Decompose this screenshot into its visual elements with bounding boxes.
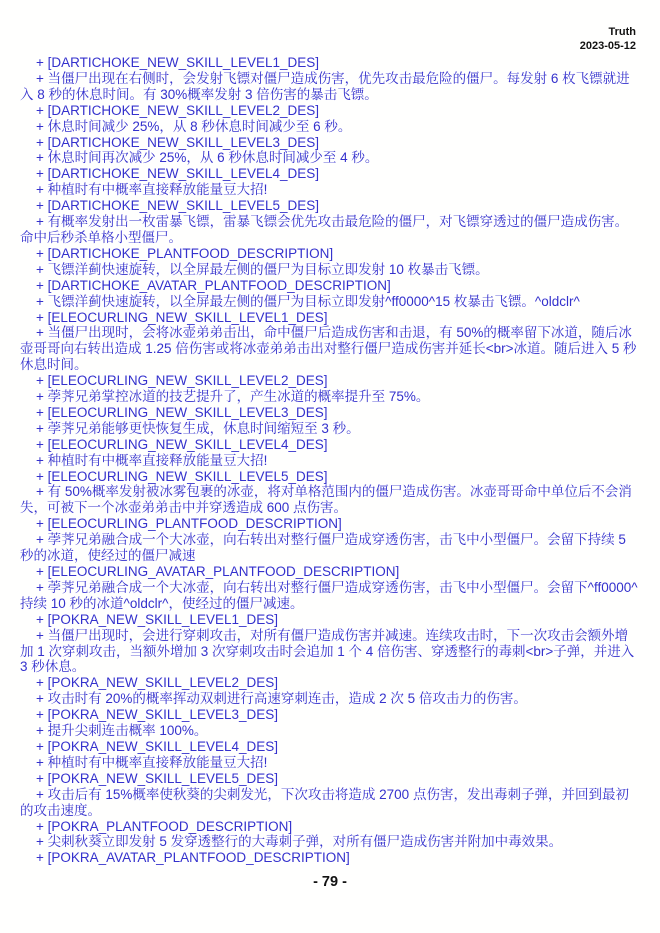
text-line: + 荸荠兄弟掌控冰道的技艺提升了，产生冰道的概率提升至 75%。	[20, 389, 641, 405]
text-line: + [DARTICHOKE_NEW_SKILL_LEVEL2_DES]	[20, 103, 641, 119]
text-line: + [POKRA_PLANTFOOD_DESCRIPTION]	[20, 819, 641, 835]
text-line: + 飞镖洋蓟快速旋转，以全屏最左侧的僵尸为目标立即发射 10 枚暴击飞镖。	[20, 262, 641, 278]
text-line: + [DARTICHOKE_NEW_SKILL_LEVEL1_DES]	[20, 55, 641, 71]
text-line: + 荸荠兄弟能够更快恢复生成，休息时间缩短至 3 秒。	[20, 421, 641, 437]
text-line: + [ELEOCURLING_NEW_SKILL_LEVEL5_DES]	[20, 469, 641, 485]
document-page: Truth 2023-05-12 + [DARTICHOKE_NEW_SKILL…	[0, 0, 660, 933]
text-line: + 休息时间减少 25%，从 8 秒休息时间减少至 6 秒。	[20, 119, 641, 135]
text-line: + 荸荠兄弟融合成一个大冰壶，向右转出对整行僵尸造成穿透伤害，击飞中小型僵尸。会…	[20, 532, 641, 564]
page-number: - 79 -	[313, 874, 347, 890]
text-line: + [POKRA_NEW_SKILL_LEVEL3_DES]	[20, 707, 641, 723]
text-line: + 荸荠兄弟融合成一个大冰壶，向右转出对整行僵尸造成穿透伤害，击飞中小型僵尸。会…	[20, 580, 641, 612]
text-line: + [ELEOCURLING_NEW_SKILL_LEVEL2_DES]	[20, 373, 641, 389]
page-header: Truth 2023-05-12	[580, 25, 636, 53]
text-line: + 种植时有中概率直接释放能量豆大招!	[20, 755, 641, 771]
text-line: + 飞镖洋蓟快速旋转，以全屏最左侧的僵尸为目标立即发射^ff0000^15 枚暴…	[20, 294, 641, 310]
text-line: + 攻击后有 15%概率使秋葵的尖刺发光，下次攻击将造成 2700 点伤害，发出…	[20, 787, 641, 819]
page-footer: - 79 -	[0, 874, 660, 890]
text-line: + 种植时有中概率直接释放能量豆大招!	[20, 453, 641, 469]
text-line: + [DARTICHOKE_PLANTFOOD_DESCRIPTION]	[20, 246, 641, 262]
text-line: + 有概率发射出一枚雷暴飞镖，雷暴飞镖会优先攻击最危险的僵尸，对飞镖穿透过的僵尸…	[20, 214, 641, 246]
text-line: + [POKRA_NEW_SKILL_LEVEL1_DES]	[20, 612, 641, 628]
text-line: + 当僵尸出现在右侧时，会发射飞镖对僵尸造成伤害，优先攻击最危险的僵尸。每发射 …	[20, 71, 641, 103]
text-line: + [ELEOCURLING_NEW_SKILL_LEVEL3_DES]	[20, 405, 641, 421]
text-line: + 种植时有中概率直接释放能量豆大招!	[20, 182, 641, 198]
text-line: + [DARTICHOKE_NEW_SKILL_LEVEL3_DES]	[20, 135, 641, 151]
text-line: + [DARTICHOKE_NEW_SKILL_LEVEL4_DES]	[20, 166, 641, 182]
header-date: 2023-05-12	[580, 39, 636, 53]
text-line: + [POKRA_AVATAR_PLANTFOOD_DESCRIPTION]	[20, 850, 641, 866]
text-line: + [ELEOCURLING_AVATAR_PLANTFOOD_DESCRIPT…	[20, 564, 641, 580]
text-line: + [DARTICHOKE_AVATAR_PLANTFOOD_DESCRIPTI…	[20, 278, 641, 294]
text-line: + [DARTICHOKE_NEW_SKILL_LEVEL5_DES]	[20, 198, 641, 214]
header-title: Truth	[580, 25, 636, 39]
text-line: + 有 50%概率发射被冰雾包裹的冰壶，将对单格范围内的僵尸造成伤害。冰壶哥哥命…	[20, 484, 641, 516]
text-line: + [POKRA_NEW_SKILL_LEVEL4_DES]	[20, 739, 641, 755]
document-body: + [DARTICHOKE_NEW_SKILL_LEVEL1_DES] + 当僵…	[20, 55, 641, 866]
text-line: + 尖刺秋葵立即发射 5 发穿透整行的大毒刺子弹，对所有僵尸造成伤害并附加中毒效…	[20, 834, 641, 850]
text-line: + 提升尖刺连击概率 100%。	[20, 723, 641, 739]
text-line: + 当僵尸出现时，会将冰壶弟弟击出，命中僵尸后造成伤害和击退，有 50%的概率留…	[20, 325, 641, 373]
text-line: + [ELEOCURLING_NEW_SKILL_LEVEL1_DES]	[20, 310, 641, 326]
text-line: + 休息时间再次减少 25%，从 6 秒休息时间减少至 4 秒。	[20, 150, 641, 166]
text-line: + [ELEOCURLING_NEW_SKILL_LEVEL4_DES]	[20, 437, 641, 453]
text-line: + 当僵尸出现时，会进行穿刺攻击，对所有僵尸造成伤害并减速。连续攻击时，下一次攻…	[20, 628, 641, 676]
text-line: + [ELEOCURLING_PLANTFOOD_DESCRIPTION]	[20, 516, 641, 532]
text-line: + [POKRA_NEW_SKILL_LEVEL5_DES]	[20, 771, 641, 787]
text-line: + [POKRA_NEW_SKILL_LEVEL2_DES]	[20, 675, 641, 691]
text-line: + 攻击时有 20%的概率挥动双刺进行高速穿刺连击，造成 2 次 5 倍攻击力的…	[20, 691, 641, 707]
